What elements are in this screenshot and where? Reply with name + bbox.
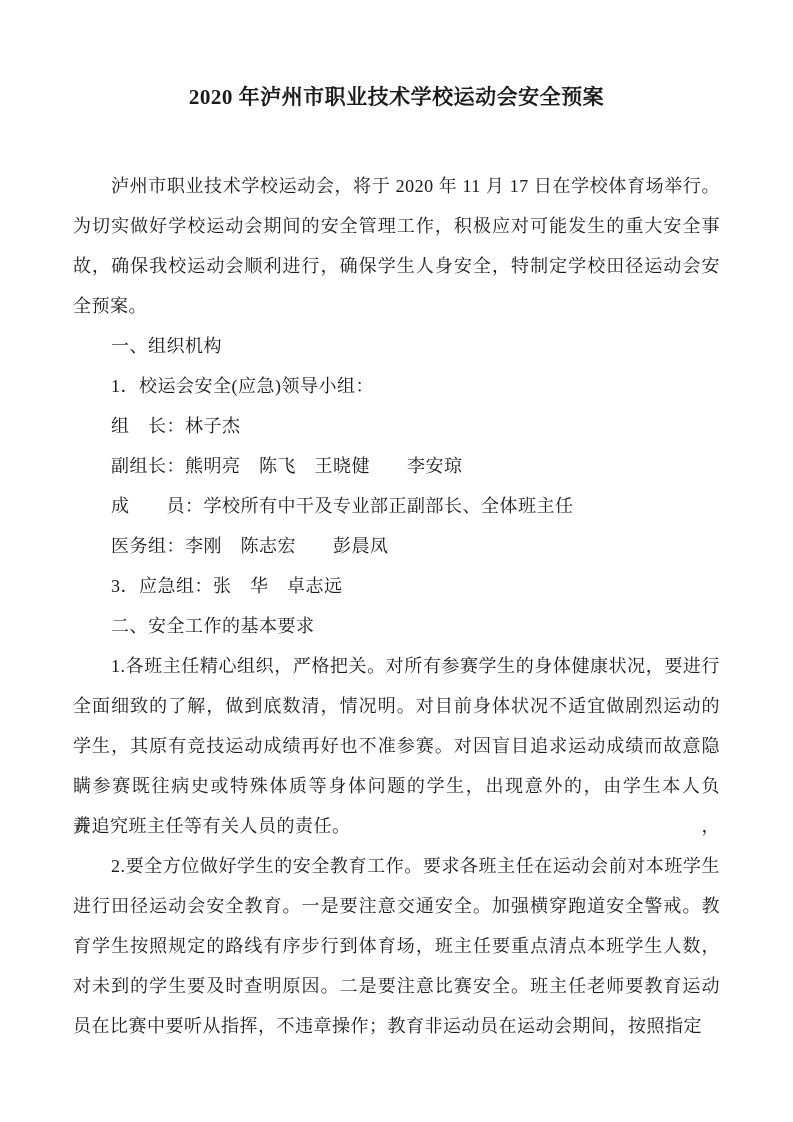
document-body: 泸州市职业技术学校运动会，将于 2020 年 11 月 17 日在学校体育场举行… xyxy=(73,166,720,1046)
document-line: 泸州市职业技术学校运动会，将于 2020 年 11 月 17 日在学校体育场举行… xyxy=(73,166,720,206)
document-line: 3．应急组：张 华 卓志远 xyxy=(73,566,720,606)
document-line: 一、组织机构 xyxy=(73,326,720,366)
document-page: 2020 年泸州市职业技术学校运动会安全预案 泸州市职业技术学校运动会，将于 2… xyxy=(0,0,793,1122)
document-line: 为切实做好学校运动会期间的安全管理工作，积极应对可能发生的重大安全事 xyxy=(73,206,720,246)
document-line: 对未到的学生要及时查明原因。二是要注意比赛安全。班主任老师要教育运动 xyxy=(73,966,720,1006)
document-line: 育学生按照规定的路线有序步行到体育场，班主任要重点清点本班学生人数， xyxy=(73,926,720,966)
document-line: 员在比赛中要听从指挥，不违章操作；教育非运动员在运动会期间，按照指定 xyxy=(73,1006,720,1046)
document-line: 全预案。 xyxy=(73,286,720,326)
document-line: 进行田径运动会安全教育。一是要注意交通安全。加强横穿跑道安全警戒。教 xyxy=(73,886,720,926)
document-line: 2.要全方位做好学生的安全教育工作。要求各班主任在运动会前对本班学生 xyxy=(73,846,720,886)
document-line: 学生，其原有竞技运动成绩再好也不准参赛。对因盲目追求运动成绩而故意隐 xyxy=(73,726,720,766)
document-line: 瞒参赛既往病史或特殊体质等身体问题的学生，出现意外的，由学生本人负责， xyxy=(73,766,720,806)
document-line: 故，确保我校运动会顺利进行，确保学生人身安全，特制定学校田径运动会安 xyxy=(73,246,720,286)
document-line: 副组长：熊明亮 陈飞 王晓健 李安琼 xyxy=(73,446,720,486)
document-line: 1．校运会安全(应急)领导小组： xyxy=(73,366,720,406)
document-line: 二、安全工作的基本要求 xyxy=(73,606,720,646)
document-line: 组 长：林子杰 xyxy=(73,406,720,446)
document-line: 1.各班主任精心组织，严格把关。对所有参赛学生的身体健康状况，要进行 xyxy=(73,646,720,686)
document-line: 全面细致的了解，做到底数清，情况明。对目前身体状况不适宜做剧烈运动的 xyxy=(73,686,720,726)
document-line: 成 员：学校所有中干及专业部正副部长、全体班主任 xyxy=(73,486,720,526)
document-title: 2020 年泸州市职业技术学校运动会安全预案 xyxy=(73,81,720,111)
document-line: 医务组：李刚 陈志宏 彭晨凤 xyxy=(73,526,720,566)
